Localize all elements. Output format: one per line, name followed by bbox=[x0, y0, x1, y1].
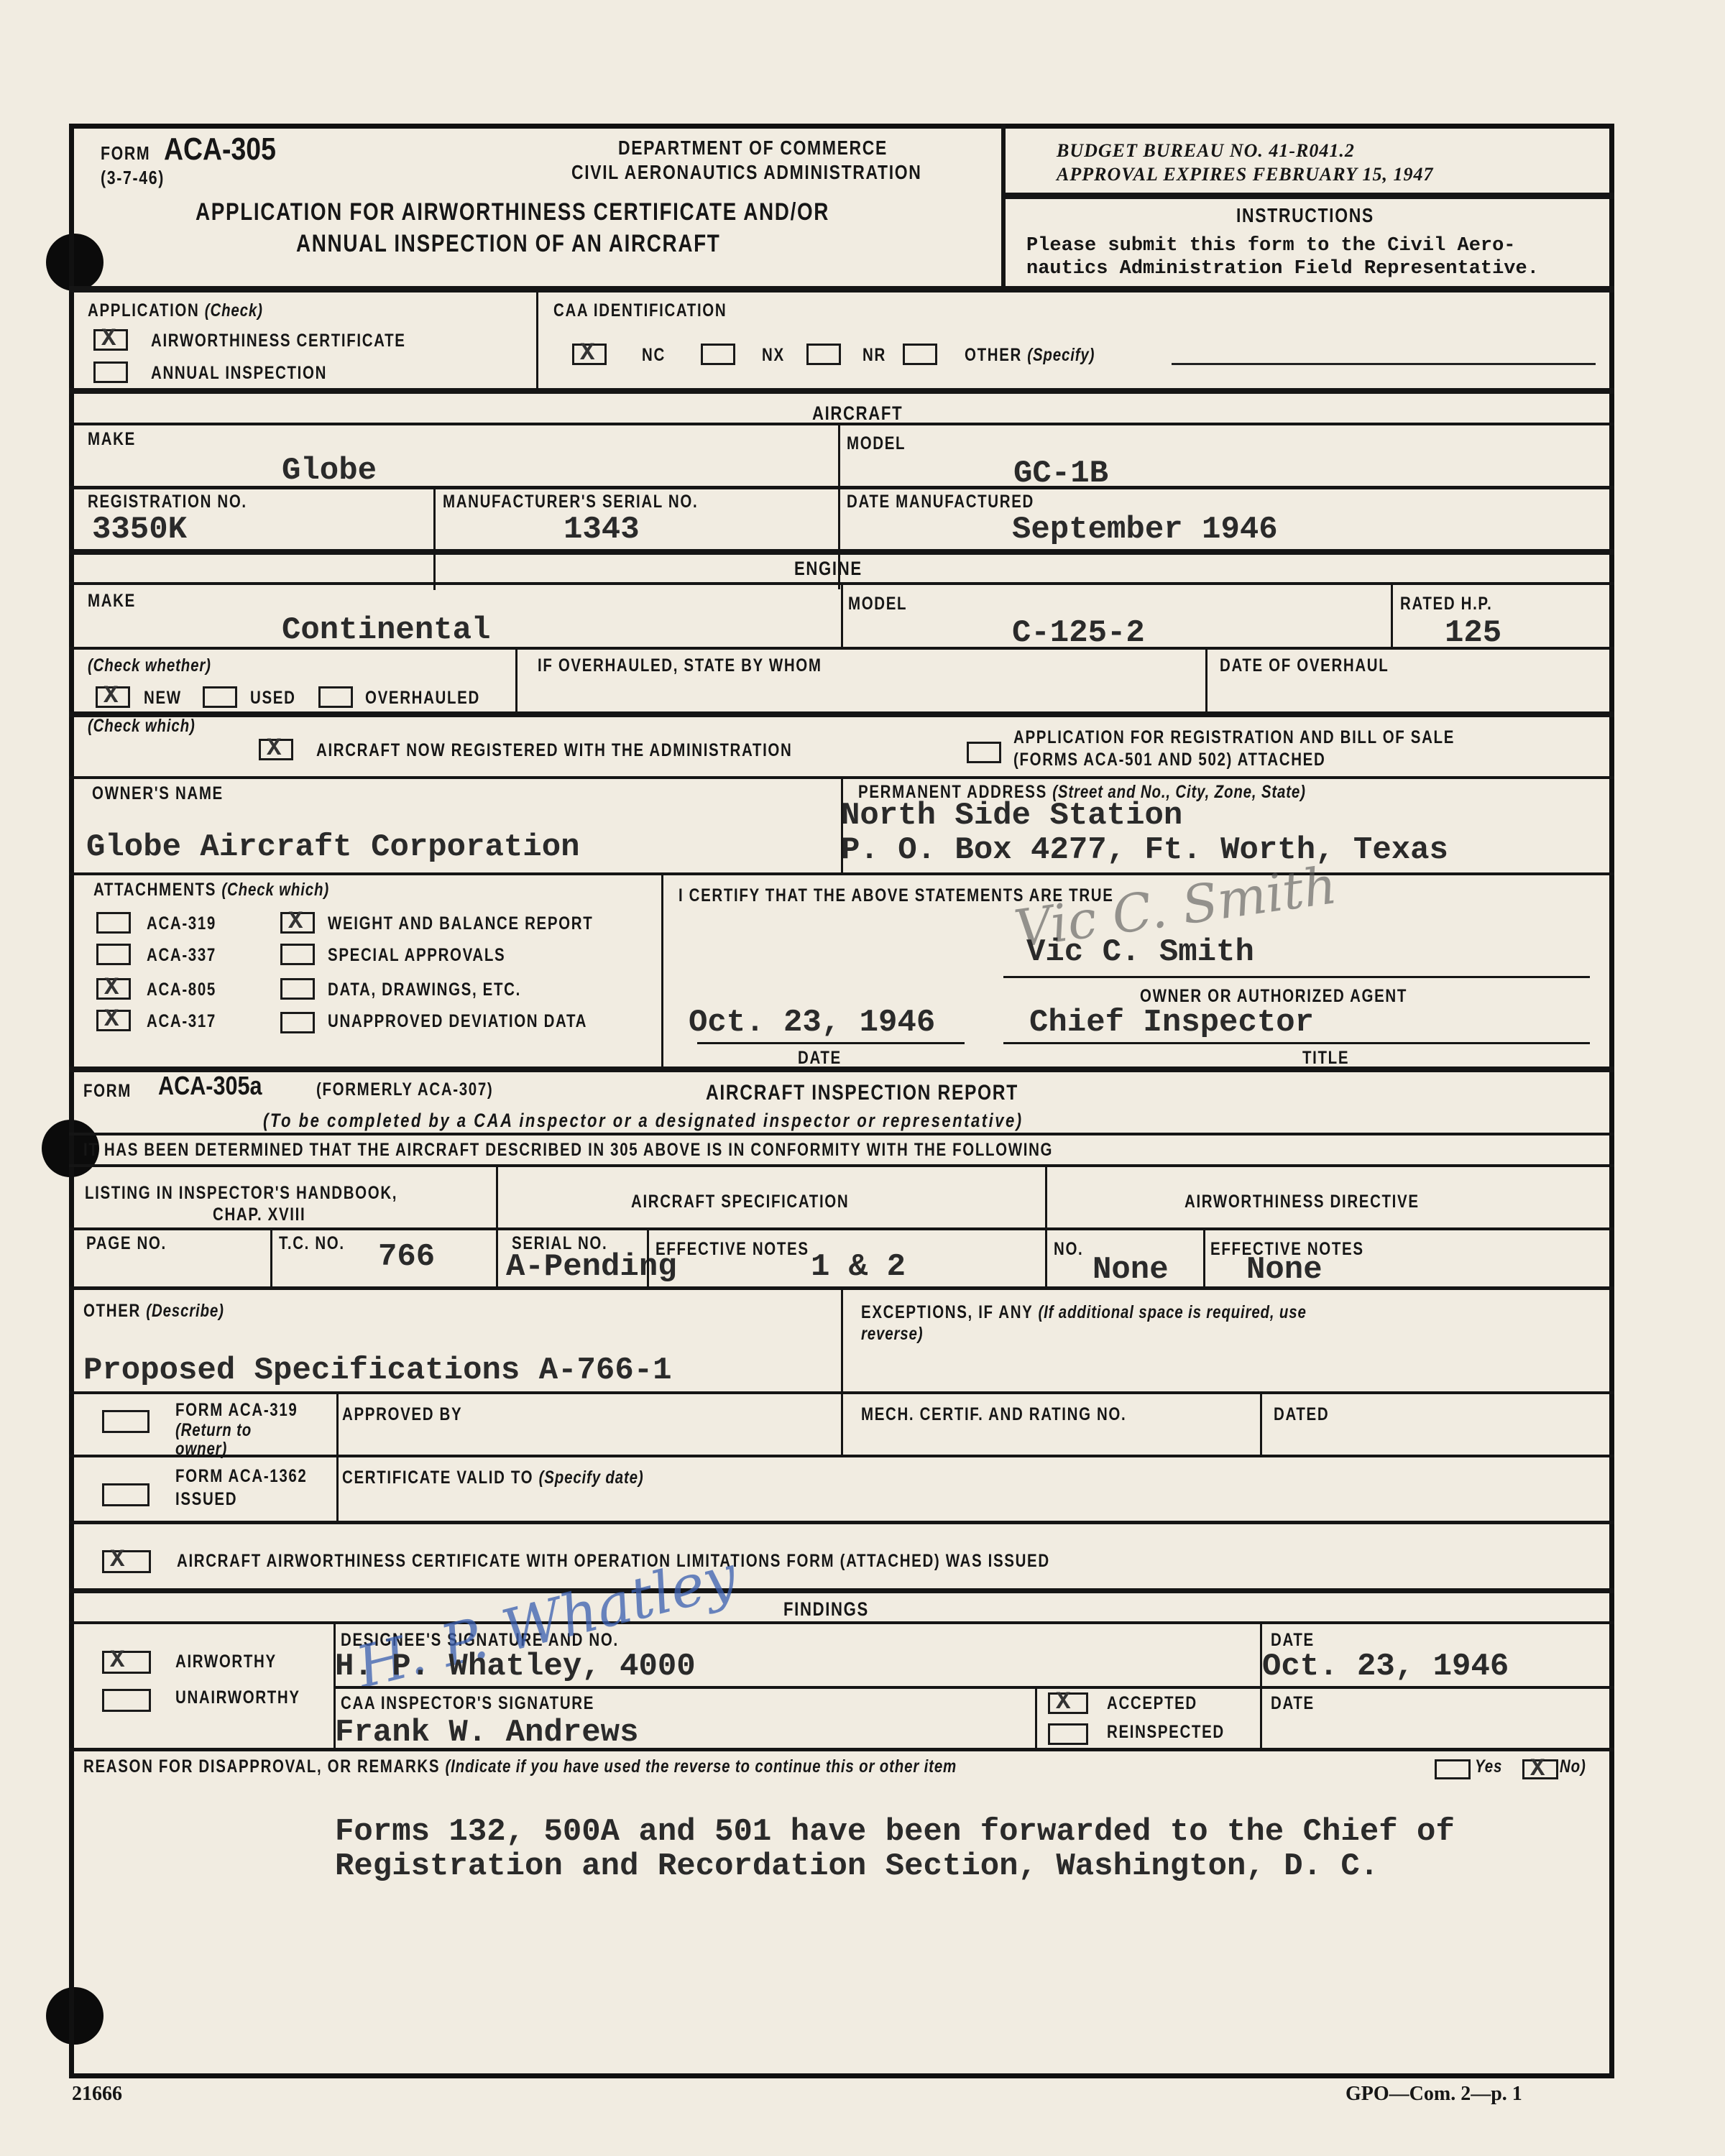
divider bbox=[69, 1133, 1614, 1135]
remarks-line1[interactable]: Forms 132, 500A and 501 have been forwar… bbox=[335, 1814, 1455, 1850]
spec-notes-label: EFFECTIVE NOTES bbox=[655, 1239, 809, 1260]
checkbox-nx[interactable] bbox=[701, 344, 735, 365]
attachments-label-text: ATTACHMENTS bbox=[93, 880, 216, 900]
certification-title-label: TITLE bbox=[1302, 1048, 1349, 1069]
inspection-report-title: AIRCRAFT INSPECTION REPORT bbox=[706, 1081, 1018, 1105]
overhaul-date-label: DATE OF OVERHAUL bbox=[1220, 655, 1389, 676]
aircraft-spec-header: AIRCRAFT SPECIFICATION bbox=[631, 1192, 849, 1212]
divider bbox=[1391, 584, 1393, 648]
divider bbox=[336, 1393, 339, 1522]
divider bbox=[841, 584, 843, 648]
inspector-date-field[interactable] bbox=[1269, 1713, 1600, 1745]
page-no-label: PAGE NO. bbox=[86, 1233, 167, 1254]
divider bbox=[1045, 1166, 1047, 1288]
dated-label: DATED bbox=[1274, 1404, 1329, 1425]
remarks-hint: (Indicate if you have used the reverse t… bbox=[446, 1756, 957, 1777]
divider bbox=[536, 289, 538, 390]
other-label: OTHER (Specify) bbox=[965, 345, 1095, 366]
engine-condition-hint: (Check whether) bbox=[88, 655, 211, 676]
address-line1[interactable]: North Side Station bbox=[841, 798, 1182, 834]
spec-serial-value[interactable]: A-Pending bbox=[506, 1249, 677, 1285]
exceptions-label-text: EXCEPTIONS, IF ANY bbox=[861, 1302, 1033, 1322]
divider bbox=[69, 388, 1614, 394]
checkbox-aircraft-registered[interactable] bbox=[259, 739, 293, 760]
checkbox-unapproved-deviation[interactable] bbox=[280, 1012, 315, 1033]
aircraft-model-label: MODEL bbox=[847, 433, 906, 454]
checkbox-weight-balance-report[interactable] bbox=[280, 912, 315, 934]
other-describe-hint: (Describe) bbox=[146, 1301, 224, 1321]
owner-name-value[interactable]: Globe Aircraft Corporation bbox=[86, 829, 580, 865]
divider bbox=[69, 1391, 1614, 1394]
checkbox-aca-317[interactable] bbox=[96, 1010, 131, 1031]
aca-319-label: ACA-319 bbox=[147, 913, 216, 934]
divider bbox=[515, 648, 517, 714]
overhaul-date-field[interactable] bbox=[1215, 678, 1603, 710]
designee-date-label: DATE bbox=[1271, 1630, 1315, 1651]
footer-form-code: 21666 bbox=[72, 2083, 122, 2106]
accepted-label: ACCEPTED bbox=[1107, 1693, 1197, 1714]
overhauled-by-field[interactable] bbox=[525, 678, 1200, 710]
inspection-form-number: ACA-305a bbox=[158, 1071, 262, 1101]
checkbox-other[interactable] bbox=[903, 344, 937, 365]
attachments-hint: (Check which) bbox=[221, 880, 329, 900]
aca-337-label: ACA-337 bbox=[147, 945, 216, 966]
divider bbox=[661, 874, 663, 1068]
divider bbox=[69, 1227, 1614, 1230]
remarks-label: REASON FOR DISAPPROVAL, OR REMARKS (Indi… bbox=[83, 1756, 957, 1777]
weight-balance-report-label: WEIGHT AND BALANCE REPORT bbox=[328, 913, 593, 934]
aircraft-registered-label: AIRCRAFT NOW REGISTERED WITH THE ADMINIS… bbox=[316, 740, 792, 761]
divider bbox=[69, 1588, 1614, 1593]
exceptions-label: EXCEPTIONS, IF ANY (If additional space … bbox=[861, 1302, 1307, 1323]
checkbox-registration-application[interactable] bbox=[967, 742, 1001, 763]
nr-label: NR bbox=[862, 345, 886, 366]
form-prefix: FORM bbox=[101, 142, 150, 165]
operation-limitations-label: AIRCRAFT AIRWORTHINESS CERTIFICATE WITH … bbox=[177, 1551, 1050, 1572]
budget-bureau-number: BUDGET BUREAU NO. 41-R041.2 bbox=[1057, 140, 1355, 162]
engine-new-label: NEW bbox=[144, 688, 182, 709]
checkbox-unairworthy[interactable] bbox=[102, 1689, 151, 1712]
form-319-line2: (Return to bbox=[175, 1420, 252, 1441]
checkbox-special-approvals[interactable] bbox=[280, 944, 315, 965]
checkbox-airworthy[interactable] bbox=[102, 1651, 151, 1674]
date-manufactured-label: DATE MANUFACTURED bbox=[847, 492, 1034, 512]
owner-agent-label: OWNER OR AUTHORIZED AGENT bbox=[1140, 986, 1407, 1007]
airworthy-label: AIRWORTHY bbox=[175, 1651, 277, 1672]
other-label-text: OTHER bbox=[965, 345, 1022, 365]
divider bbox=[69, 486, 1614, 489]
designee-name-number[interactable]: H. P. Whatley, 4000 bbox=[335, 1649, 696, 1685]
instructions-heading: INSTRUCTIONS bbox=[1236, 204, 1374, 227]
other-describe-label: OTHER (Describe) bbox=[83, 1301, 224, 1322]
reinspected-label: REINSPECTED bbox=[1107, 1722, 1225, 1743]
dated-field[interactable] bbox=[1269, 1426, 1600, 1455]
tc-no-value[interactable]: 766 bbox=[378, 1239, 435, 1275]
valid-to-text: CERTIFICATE VALID TO bbox=[342, 1468, 533, 1488]
application-label: APPLICATION (Check) bbox=[88, 300, 263, 321]
tc-no-label: T.C. NO. bbox=[279, 1233, 345, 1254]
special-approvals-label: SPECIAL APPROVALS bbox=[328, 945, 505, 966]
instructions-text-line2: nautics Administration Field Representat… bbox=[1026, 258, 1539, 280]
divider bbox=[69, 1164, 1614, 1167]
rated-hp-value[interactable]: 125 bbox=[1445, 615, 1501, 651]
other-describe-text: OTHER bbox=[83, 1301, 141, 1321]
aircraft-make-value[interactable]: Globe bbox=[282, 453, 377, 489]
title-line bbox=[1003, 1042, 1590, 1044]
divider bbox=[69, 1521, 1614, 1524]
checkbox-airworthiness-certificate[interactable] bbox=[93, 329, 128, 351]
divider bbox=[433, 487, 436, 590]
valid-to-label: CERTIFICATE VALID TO (Specify date) bbox=[342, 1468, 644, 1488]
divider bbox=[69, 549, 1614, 555]
remarks-line2[interactable]: Registration and Recordation Section, Wa… bbox=[335, 1848, 1379, 1884]
checkbox-engine-overhauled[interactable] bbox=[318, 686, 353, 708]
ad-no-value[interactable]: None bbox=[1092, 1252, 1169, 1288]
manufacturer-serial-label: MANUFACTURER'S SERIAL NO. bbox=[443, 492, 698, 512]
mech-cert-label: MECH. CERTIF. AND RATING NO. bbox=[861, 1404, 1126, 1425]
exceptions-hint-line2: reverse) bbox=[861, 1324, 923, 1345]
valid-to-hint: (Specify date) bbox=[539, 1468, 644, 1488]
divider bbox=[647, 1229, 649, 1288]
divider bbox=[69, 711, 1614, 717]
inspector-date-label: DATE bbox=[1271, 1693, 1315, 1714]
owner-name-label: OWNER'S NAME bbox=[92, 783, 224, 804]
form-title-line1: APPLICATION FOR AIRWORTHINESS CERTIFICAT… bbox=[195, 198, 829, 226]
manufacturer-serial-value[interactable]: 1343 bbox=[563, 512, 640, 548]
annual-inspection-label: ANNUAL INSPECTION bbox=[151, 363, 327, 384]
divider bbox=[1205, 648, 1207, 714]
remarks-label-text: REASON FOR DISAPPROVAL, OR REMARKS bbox=[83, 1756, 440, 1777]
divider bbox=[69, 1067, 1614, 1072]
spec-notes-value[interactable]: 1 & 2 bbox=[811, 1249, 906, 1285]
footer-gpo-code: GPO—Com. 2—p. 1 bbox=[1345, 2083, 1522, 2106]
certification-date[interactable]: Oct. 23, 1946 bbox=[689, 1005, 935, 1041]
unapproved-deviation-label: UNAPPROVED DEVIATION DATA bbox=[328, 1011, 587, 1032]
form-title-line2: ANNUAL INSPECTION OF AN AIRCRAFT bbox=[296, 230, 720, 258]
attachments-label: ATTACHMENTS (Check which) bbox=[93, 880, 329, 900]
exceptions-hint: (If additional space is required, use bbox=[1038, 1302, 1306, 1322]
divider bbox=[270, 1229, 272, 1288]
divider bbox=[69, 423, 1614, 425]
engine-make-value[interactable]: Continental bbox=[282, 612, 490, 648]
divider bbox=[69, 286, 1614, 292]
engine-model-label: MODEL bbox=[848, 594, 907, 614]
other-describe-value[interactable]: Proposed Specifications A-766-1 bbox=[83, 1353, 672, 1388]
remarks-yes-label: Yes bbox=[1475, 1756, 1502, 1777]
checkbox-operation-limitations[interactable] bbox=[102, 1550, 151, 1573]
checkbox-form-aca-1362[interactable] bbox=[102, 1483, 149, 1506]
checkbox-remarks-yes[interactable] bbox=[1435, 1759, 1471, 1779]
inspection-report-subtitle: (To be completed by a CAA inspector or a… bbox=[263, 1110, 1023, 1132]
divider bbox=[1203, 1229, 1205, 1288]
checkbox-data-drawings[interactable] bbox=[280, 978, 315, 1000]
form-1362-line2: ISSUED bbox=[175, 1489, 237, 1510]
address-line2[interactable]: P. O. Box 4277, Ft. Worth, Texas bbox=[841, 832, 1448, 868]
agency-name: CIVIL AERONAUTICS ADMINISTRATION bbox=[571, 161, 921, 184]
listing-header-line1: LISTING IN INSPECTOR'S HANDBOOK, bbox=[85, 1183, 397, 1204]
divider bbox=[1001, 124, 1006, 289]
remarks-no-label: No) bbox=[1560, 1756, 1586, 1777]
divider bbox=[69, 1455, 1614, 1457]
engine-make-label: MAKE bbox=[88, 591, 136, 612]
instructions-text-line1: Please submit this form to the Civil Aer… bbox=[1026, 235, 1516, 257]
checkbox-remarks-no[interactable] bbox=[1522, 1759, 1558, 1779]
engine-model-value[interactable]: C-125-2 bbox=[1012, 615, 1145, 651]
listing-header-line2: CHAP. XVIII bbox=[213, 1204, 305, 1225]
checkbox-aca-805[interactable] bbox=[96, 978, 131, 1000]
mech-cert-field[interactable] bbox=[855, 1426, 1251, 1455]
nx-label: NX bbox=[762, 345, 785, 366]
application-hint: (Check) bbox=[205, 300, 263, 321]
checkbox-nr[interactable] bbox=[806, 344, 841, 365]
date-manufactured-value[interactable]: September 1946 bbox=[1012, 512, 1278, 548]
application-label-text: APPLICATION bbox=[88, 300, 199, 321]
form-319-line1: FORM ACA-319 bbox=[175, 1400, 298, 1421]
approval-expiry: APPROVAL EXPIRES FEBRUARY 15, 1947 bbox=[1057, 164, 1434, 185]
inspector-name[interactable]: Frank W. Andrews bbox=[335, 1715, 638, 1751]
checkbox-form-aca-319[interactable] bbox=[102, 1410, 149, 1433]
exceptions-field[interactable] bbox=[855, 1344, 1603, 1387]
airworthiness-directive-header: AIRWORTHINESS DIRECTIVE bbox=[1184, 1192, 1420, 1212]
approved-by-field[interactable] bbox=[345, 1426, 834, 1455]
divider bbox=[69, 647, 1614, 650]
form-revision-date: (3-7-46) bbox=[101, 167, 165, 189]
caa-identification-label: CAA IDENTIFICATION bbox=[553, 300, 727, 321]
divider bbox=[69, 1748, 1614, 1751]
form-number: ACA-305 bbox=[164, 132, 276, 167]
checkbox-accepted[interactable] bbox=[1048, 1692, 1088, 1714]
registration-status-hint: (Check which) bbox=[88, 716, 195, 737]
aircraft-make-label: MAKE bbox=[88, 429, 136, 450]
divider bbox=[69, 872, 1614, 875]
nc-label: NC bbox=[642, 345, 666, 366]
checkbox-engine-used[interactable] bbox=[203, 686, 237, 708]
aca-805-label: ACA-805 bbox=[147, 980, 216, 1000]
ad-no-label: NO. bbox=[1054, 1239, 1083, 1260]
checkbox-reinspected[interactable] bbox=[1048, 1723, 1088, 1745]
conformity-statement: IT HAS BEEN DETERMINED THAT THE AIRCRAFT… bbox=[83, 1140, 1053, 1161]
findings-section-title: FINDINGS bbox=[783, 1598, 869, 1621]
divider bbox=[1260, 1393, 1262, 1456]
checkbox-engine-new[interactable] bbox=[96, 686, 130, 708]
registration-label: REGISTRATION NO. bbox=[88, 492, 247, 512]
inspection-form-formerly: (FORMERLY ACA-307) bbox=[316, 1079, 493, 1100]
registration-value[interactable]: 3350K bbox=[92, 512, 187, 548]
other-specify-field[interactable] bbox=[1172, 363, 1596, 365]
date-line bbox=[697, 1042, 965, 1044]
ad-notes-value[interactable]: None bbox=[1246, 1252, 1322, 1288]
divider bbox=[335, 1686, 1614, 1689]
aca-317-label: ACA-317 bbox=[147, 1011, 216, 1032]
form-1362-line1: FORM ACA-1362 bbox=[175, 1466, 307, 1487]
certification-title[interactable]: Chief Inspector bbox=[1029, 1005, 1314, 1041]
registration-application-label-line1: APPLICATION FOR REGISTRATION AND BILL OF… bbox=[1013, 727, 1455, 748]
checkbox-nc[interactable] bbox=[572, 344, 607, 365]
airworthiness-certificate-label: AIRWORTHINESS CERTIFICATE bbox=[151, 331, 406, 351]
signature-line bbox=[1003, 976, 1590, 978]
engine-overhauled-label: OVERHAULED bbox=[365, 688, 480, 709]
approved-by-label: APPROVED BY bbox=[342, 1404, 462, 1425]
divider bbox=[1001, 193, 1614, 199]
divider bbox=[841, 1288, 843, 1456]
department-name: DEPARTMENT OF COMMERCE bbox=[618, 137, 888, 160]
engine-section-title: ENGINE bbox=[794, 558, 862, 580]
other-hint: (Specify) bbox=[1027, 345, 1095, 365]
engine-used-label: USED bbox=[250, 688, 296, 709]
valid-to-field[interactable] bbox=[345, 1489, 1596, 1518]
rated-hp-label: RATED H.P. bbox=[1400, 594, 1492, 614]
page-no-field[interactable] bbox=[86, 1252, 266, 1284]
divider bbox=[1035, 1687, 1037, 1751]
registration-application-label-line2: (FORMS ACA-501 AND 502) ATTACHED bbox=[1013, 750, 1325, 770]
inspection-form-prefix: FORM bbox=[83, 1081, 132, 1102]
divider bbox=[496, 1166, 498, 1288]
overhauled-by-label: IF OVERHAULED, STATE BY WHOM bbox=[538, 655, 822, 676]
checkbox-annual-inspection[interactable] bbox=[93, 361, 128, 383]
signer-name[interactable]: Vic C. Smith bbox=[1026, 934, 1254, 970]
data-drawings-label: DATA, DRAWINGS, ETC. bbox=[328, 980, 521, 1000]
checkbox-aca-337[interactable] bbox=[96, 944, 131, 965]
aircraft-section-title: AIRCRAFT bbox=[812, 402, 903, 425]
checkbox-aca-319[interactable] bbox=[96, 912, 131, 934]
inspector-signature-label: CAA INSPECTOR'S SIGNATURE bbox=[341, 1693, 594, 1714]
divider bbox=[69, 1621, 1614, 1624]
designee-date-value[interactable]: Oct. 23, 1946 bbox=[1262, 1649, 1509, 1685]
unairworthy-label: UNAIRWORTHY bbox=[175, 1687, 300, 1708]
certification-date-label: DATE bbox=[798, 1048, 842, 1069]
